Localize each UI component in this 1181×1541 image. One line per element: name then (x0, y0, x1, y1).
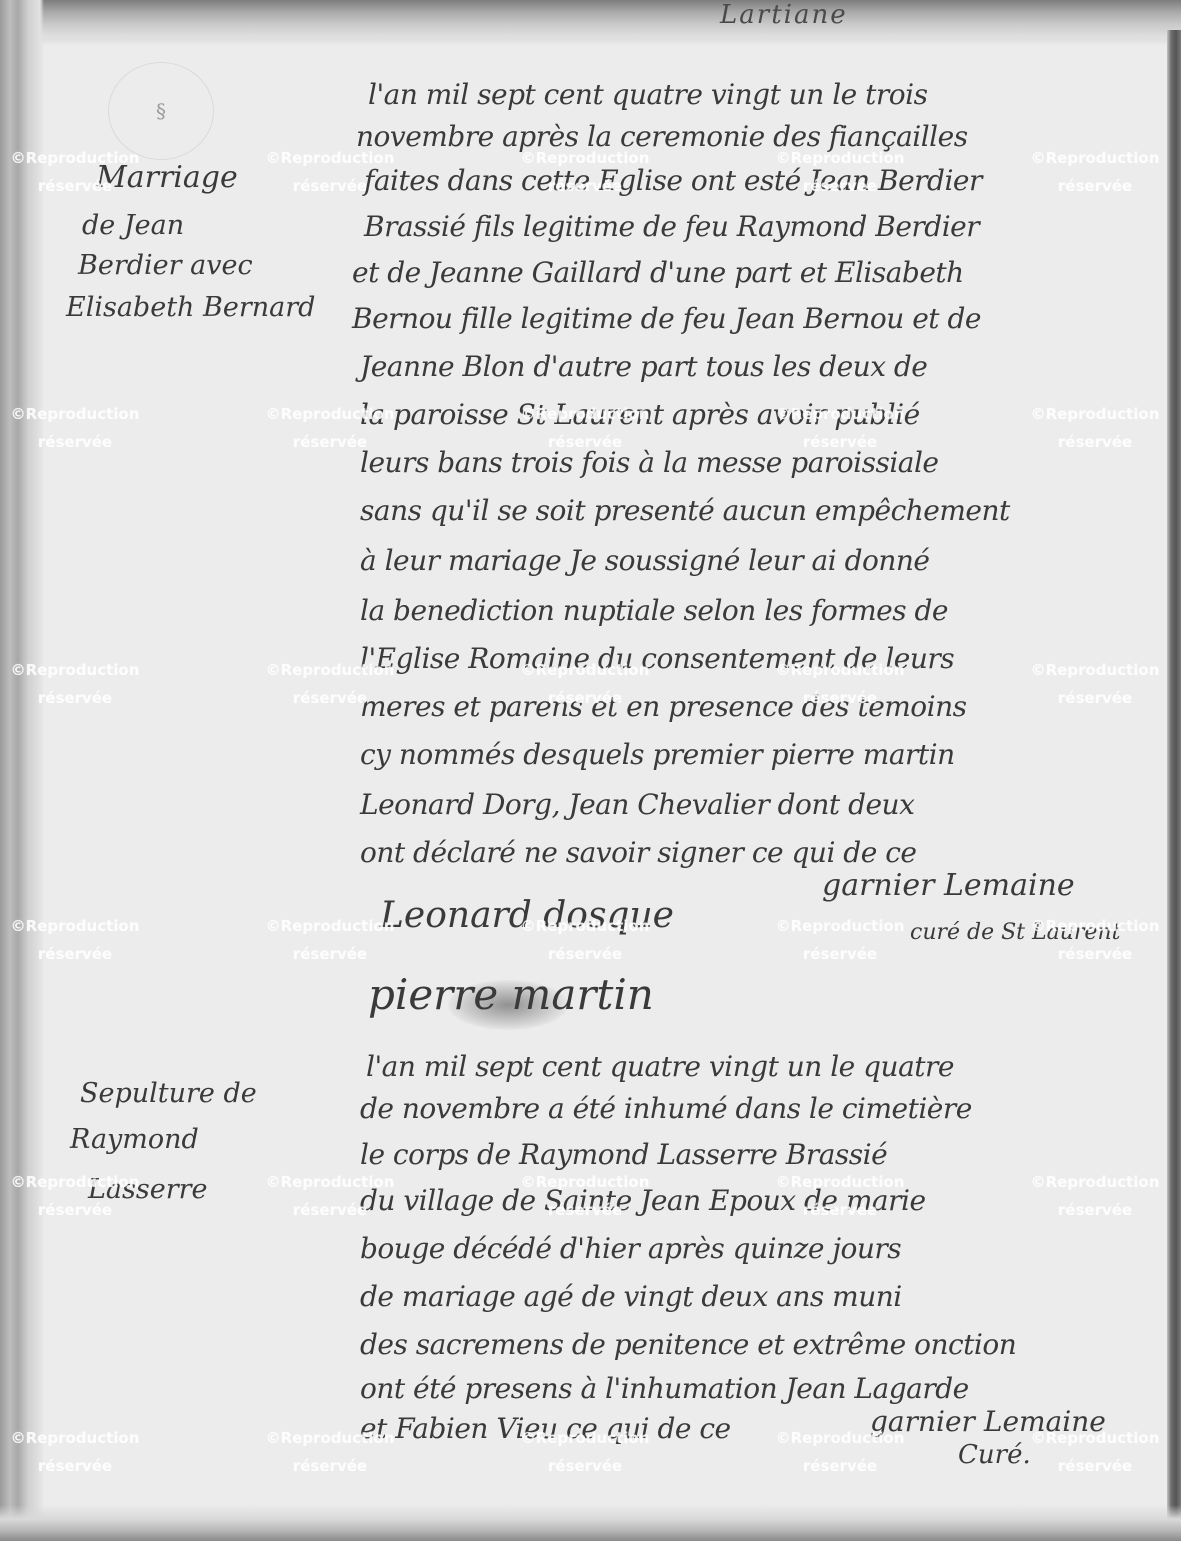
stamp-mark: § (108, 62, 214, 160)
record-line: l'Eglise Romaine du consentement de leur… (360, 642, 954, 675)
page-edge-bottom (0, 1505, 1181, 1541)
record-line: et Fabien Vieu ce qui de ce (360, 1412, 731, 1445)
document-scan: Lartiane § Marriage de Jean Berdier avec… (0, 0, 1181, 1541)
record-line: cy nommés desquels premier pierre martin (360, 738, 955, 771)
record-line: et de Jeanne Gaillard d'une part et Elis… (352, 256, 964, 289)
margin-note-line: Marriage (96, 160, 238, 195)
record-line: faites dans cette Eglise ont esté Jean B… (364, 164, 982, 197)
margin-note-line: Raymond (70, 1124, 199, 1155)
record-line: à leur mariage Je soussigné leur ai donn… (360, 544, 930, 577)
record-line: bouge décédé d'hier après quinze jours (360, 1232, 901, 1265)
header-scrawl: Lartiane (720, 0, 848, 30)
record-line: sans qu'il se soit presenté aucun empêch… (360, 494, 1010, 527)
margin-note-line: Elisabeth Bernard (66, 292, 315, 323)
record-line: la benediction nuptiale selon les formes… (360, 594, 948, 627)
signature-title-cure: Curé. (958, 1440, 1031, 1470)
signature-leonard-dosque: Leonard dosque (380, 895, 674, 936)
record-line: Jeanne Blon d'autre part tous les deux d… (360, 350, 927, 383)
record-line: l'an mil sept cent quatre vingt un le qu… (366, 1050, 954, 1083)
margin-note-line: Berdier avec (78, 250, 253, 281)
record-line: du village de Sainte Jean Epoux de marie (360, 1184, 926, 1217)
margin-note-line: Sepulture de (80, 1078, 257, 1109)
record-line: des sacremens de penitence et extrême on… (360, 1328, 1016, 1361)
record-line: l'an mil sept cent quatre vingt un le tr… (368, 78, 927, 111)
record-line: de novembre a été inhumé dans le cimetiè… (360, 1092, 972, 1125)
record-line: novembre après la ceremonie des fiançail… (356, 120, 968, 153)
page-edge-top (0, 0, 1181, 46)
record-line: ont été presens à l'inhumation Jean Laga… (360, 1372, 969, 1405)
margin-note-line: Lasserre (88, 1174, 208, 1205)
page-edge-right (1167, 30, 1181, 1541)
record-line: leurs bans trois fois à la messe paroiss… (360, 446, 939, 479)
signature-garnier-lemaine-2: garnier Lemaine (870, 1405, 1106, 1438)
page-edge-left (0, 0, 44, 1541)
record-line: meres et parens et en presence des temoi… (360, 690, 967, 723)
record-line: le corps de Raymond Lasserre Brassié (360, 1138, 887, 1171)
record-line: Bernou fille legitime de feu Jean Bernou… (352, 302, 981, 335)
record-line: de mariage agé de vingt deux ans muni (360, 1280, 902, 1313)
signature-title: curé de St Laurent (910, 920, 1120, 945)
margin-note-line: de Jean (82, 210, 184, 241)
record-line: la paroisse St Laurent après avoir publi… (360, 398, 920, 431)
record-line: Brassié fils legitime de feu Raymond Ber… (364, 210, 979, 243)
record-line: Leonard Dorg, Jean Chevalier dont deux (360, 788, 914, 821)
signature-garnier-lemaine: garnier Lemaine (822, 868, 1075, 903)
record-line: ont déclaré ne savoir signer ce qui de c… (360, 836, 916, 869)
signature-pierre-martin: pierre martin (368, 970, 654, 1019)
